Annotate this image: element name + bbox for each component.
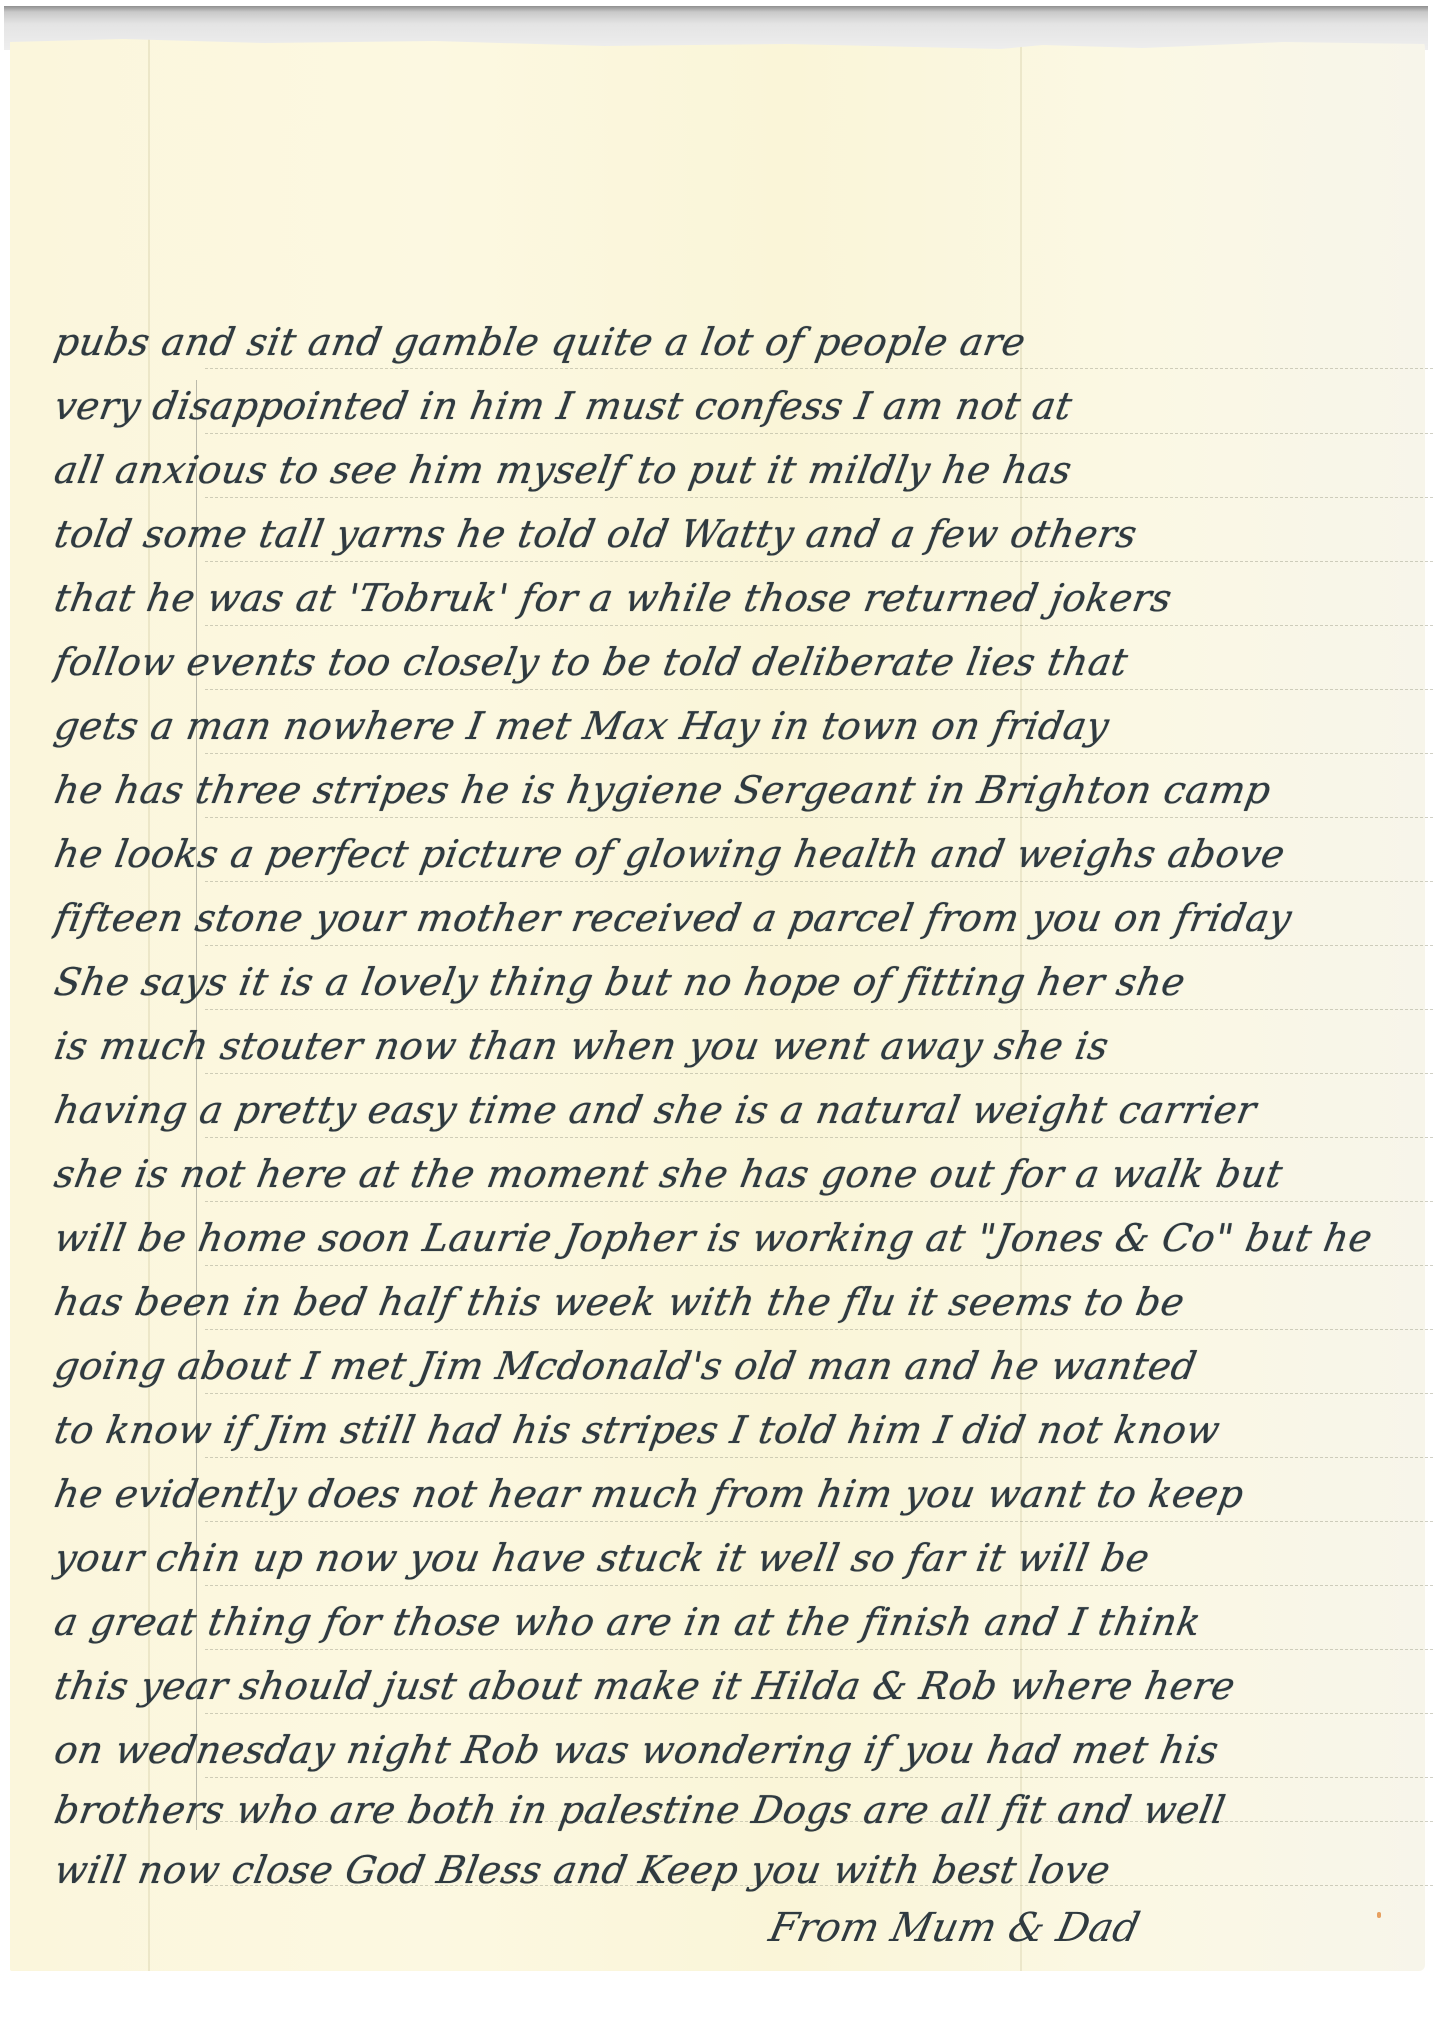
letter-line: all anxious to see him myself to put it … <box>50 440 1391 500</box>
letter-line: on wednesday night Rob was wondering if … <box>50 1720 1391 1780</box>
letter-line: She says it is a lovely thing but no hop… <box>50 952 1391 1012</box>
signature: From Mum & Dad <box>764 1898 1337 1958</box>
letter-line: is much stouter now than when you went a… <box>50 1016 1391 1076</box>
stain <box>1377 1912 1381 1918</box>
letter-line: this year should just about make it Hild… <box>50 1656 1391 1716</box>
letter-line: pubs and sit and gamble quite a lot of p… <box>50 312 1391 372</box>
letter-line: that he was at 'Tobruk' for a while thos… <box>50 568 1391 628</box>
letter-line: to know if Jim still had his stripes I t… <box>50 1400 1391 1460</box>
letter-line: very disappointed in him I must confess … <box>50 376 1391 436</box>
letter-line: told some tall yarns he told old Watty a… <box>50 504 1391 564</box>
letter-line: follow events too closely to be told del… <box>50 632 1391 692</box>
letter-line: brothers who are both in palestine Dogs … <box>50 1780 1391 1840</box>
letter-line: he looks a perfect picture of glowing he… <box>50 824 1391 884</box>
letter-line: gets a man nowhere I met Max Hay in town… <box>50 696 1391 756</box>
letter-line: she is not here at the moment she has go… <box>50 1144 1391 1204</box>
letter-line: going about I met Jim Mcdonald's old man… <box>50 1336 1391 1396</box>
letter-line: he has three stripes he is hygiene Serge… <box>50 760 1391 820</box>
letter-line: has been in bed half this week with the … <box>50 1272 1391 1332</box>
letter-line: your chin up now you have stuck it well … <box>50 1528 1391 1588</box>
letter-line: having a pretty easy time and she is a n… <box>50 1080 1391 1140</box>
letter-line: a great thing for those who are in at th… <box>50 1592 1391 1652</box>
letter-line: will now close God Bless and Keep you wi… <box>50 1840 1391 1900</box>
letter-line: will be home soon Laurie Jopher is worki… <box>50 1208 1391 1268</box>
letter-line: fifteen stone your mother received a par… <box>50 888 1391 948</box>
letter-line: he evidently does not hear much from him… <box>50 1464 1391 1524</box>
